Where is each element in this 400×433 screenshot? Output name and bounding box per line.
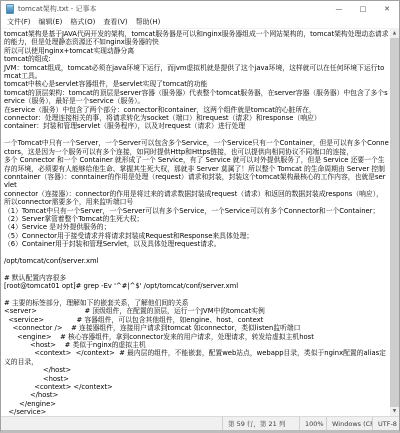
scrollbar-thumb[interactable] xyxy=(390,38,399,407)
notepad-app-icon xyxy=(6,4,14,14)
window-title: tomcat架构.txt - 记事本 xyxy=(18,4,97,14)
line-ending: Windows (CRLF) xyxy=(326,417,372,430)
menu-help[interactable]: 帮助(H) xyxy=(132,17,165,27)
minimize-button[interactable]: — xyxy=(327,1,351,16)
menu-view[interactable]: 查看(V) xyxy=(99,17,131,27)
statusbar-spacer xyxy=(1,417,222,430)
cursor-position: 第 59 行，第 21 列 xyxy=(222,417,299,430)
scroll-up-icon[interactable]: ▲ xyxy=(393,29,396,38)
zoom-level: 100% xyxy=(299,417,326,430)
window-controls: — □ ✕ xyxy=(327,1,399,16)
close-button[interactable]: ✕ xyxy=(375,1,399,16)
editor-area: tomcat架构是基于JAVA代码开发的架构，tomcat服务器是可以和ngin… xyxy=(1,29,399,416)
scroll-down-icon[interactable]: ▼ xyxy=(393,407,396,416)
status-bar: 第 59 行，第 21 列 100% Windows (CRLF) UTF-8 xyxy=(1,416,399,430)
title-bar[interactable]: tomcat架构.txt - 记事本 — □ ✕ xyxy=(1,1,399,16)
menu-file[interactable]: 文件(F) xyxy=(3,17,35,27)
menu-bar: 文件(F) 编辑(E) 格式(O) 查看(V) 帮助(H) xyxy=(1,16,399,29)
notepad-window: tomcat架构.txt - 记事本 — □ ✕ 文件(F) 编辑(E) 格式(… xyxy=(0,0,400,433)
menu-format[interactable]: 格式(O) xyxy=(66,17,99,27)
menu-edit[interactable]: 编辑(E) xyxy=(35,17,67,27)
text-content[interactable]: tomcat架构是基于JAVA代码开发的架构，tomcat服务器是可以和ngin… xyxy=(1,29,390,416)
vertical-scrollbar[interactable]: ▲ ▼ xyxy=(390,29,399,416)
maximize-button[interactable]: □ xyxy=(351,1,375,16)
encoding: UTF-8 xyxy=(372,417,399,430)
